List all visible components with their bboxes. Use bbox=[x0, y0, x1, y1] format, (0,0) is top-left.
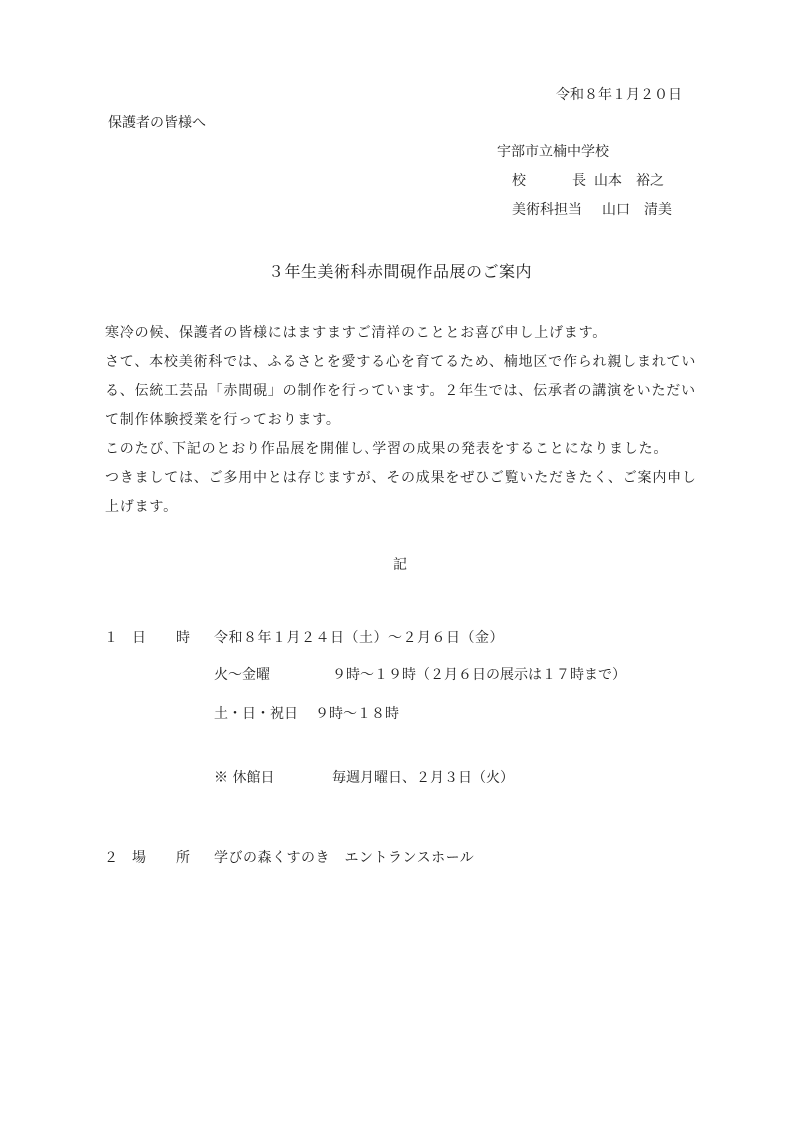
teacher-name: 山口 清美 bbox=[602, 202, 672, 218]
reference-mark-icon: ※ bbox=[214, 770, 228, 786]
schedule-weekday: 火～金曜９時～１９時（２月６日の展示は１７時まで） bbox=[214, 668, 626, 682]
schedule-weekend: 土・日・祝日９時～１８時 bbox=[214, 707, 399, 721]
principal-name: 山本 裕之 bbox=[594, 173, 664, 189]
closed-days: ※ 休館日毎週月曜日、２月３日（火） bbox=[214, 771, 514, 785]
closed-label: ※ 休館日 bbox=[214, 771, 332, 785]
addressee: 保護者の皆様へ bbox=[108, 116, 206, 130]
schedule-hours: ９時～１８時 bbox=[315, 706, 399, 722]
body-paragraph-greeting: 寒冷の候、保護者の皆様にはますますご清祥のこととお喜び申し上げます。 bbox=[91, 319, 705, 348]
item-value: 令和８年１月２４日（土）～２月６日（金） bbox=[214, 631, 504, 645]
schedule-days: 土・日・祝日 bbox=[214, 707, 315, 721]
schedule-hours: ９時～１９時（２月６日の展示は１７時まで） bbox=[332, 667, 626, 683]
item-number: ２ bbox=[104, 851, 118, 865]
document-title: ３年生美術科赤間硯作品展のご案内 bbox=[0, 264, 800, 280]
ki-heading: 記 bbox=[0, 558, 800, 572]
body-paragraph-intro: さて、本校美術科では、ふるさとを愛する心を育てるため、楠地区で作られ親しまれてい… bbox=[91, 348, 705, 435]
body-paragraph-exhibition: このたび､下記のとおり作品展を開催し､学習の成果の発表をすることになりました。 bbox=[91, 435, 705, 464]
principal-role-last: 長 bbox=[572, 173, 586, 189]
item-number: １ bbox=[104, 631, 118, 645]
closed-label-text: 休館日 bbox=[232, 770, 274, 786]
schedule-days: 火～金曜 bbox=[214, 668, 332, 682]
item-label: 場 所 bbox=[132, 851, 198, 865]
school-name: 宇部市立楠中学校 bbox=[497, 145, 609, 159]
principal-role: 校長 bbox=[512, 174, 594, 188]
body-paragraph-request: つきましては、ご多用中とは存じますが、その成果をぜひご覧いただきたく、ご案内申し… bbox=[91, 464, 705, 522]
closed-value: 毎週月曜日、２月３日（火） bbox=[332, 770, 514, 786]
teacher-role: 美術科担当 bbox=[512, 203, 602, 217]
item-value: 学びの森くすのき エントランスホール bbox=[214, 851, 474, 865]
teacher-line: 美術科担当山口 清美 bbox=[512, 203, 672, 217]
item-label: 日 時 bbox=[132, 631, 198, 645]
principal-line: 校長山本 裕之 bbox=[512, 174, 664, 188]
principal-role-first: 校 bbox=[512, 174, 572, 188]
document-date: 令和８年１月２０日 bbox=[556, 88, 682, 102]
